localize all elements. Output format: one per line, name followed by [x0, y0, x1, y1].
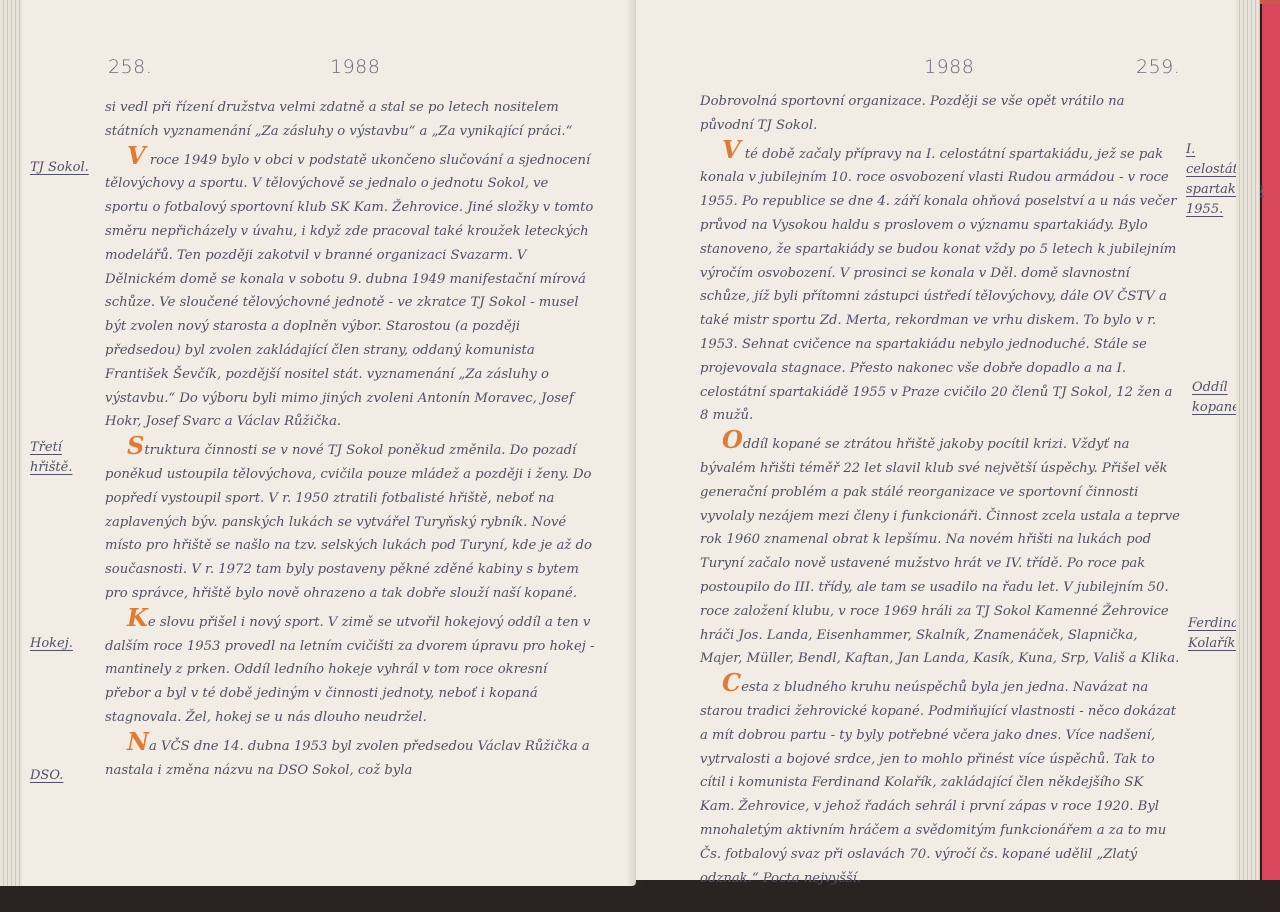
right-page-body: Dobrovolná sportovní organizace. Později…	[700, 90, 1180, 890]
margin-note-oddil-kopane: Oddíl kopané	[1192, 378, 1242, 418]
paragraph: Dobrovolná sportovní organizace. Později…	[700, 90, 1180, 138]
left-page-year: 1988	[330, 56, 380, 78]
paragraph: V roce 1949 bylo v obci v podstatě ukonč…	[105, 144, 595, 435]
right-page-year: 1988	[924, 56, 974, 78]
left-page: 258. 1988 TJ Sokol. Třetí hřiště. Hokej.…	[0, 0, 636, 886]
open-chronicle-book: 258. 1988 TJ Sokol. Třetí hřiště. Hokej.…	[0, 0, 1280, 912]
paragraph-text: roce 1949 bylo v obci v podstatě ukončen…	[105, 153, 593, 430]
paragraph-text: e slovu přišel i nový sport. V zimě se u…	[105, 615, 595, 725]
paragraph: V té době začaly přípravy na I. celostát…	[700, 138, 1180, 429]
paragraph-text: ddíl kopané se ztrátou hřiště jakoby poc…	[700, 437, 1180, 666]
margin-note-dso: DSO.	[30, 766, 63, 786]
margin-note-ferdinand-kolarik: Ferdinand Kolařík.	[1188, 614, 1256, 654]
drop-cap: O	[722, 425, 743, 454]
paragraph-text: té době začaly přípravy na I. celostátní…	[700, 147, 1177, 424]
drop-cap: N	[127, 727, 149, 756]
left-page-number: 258.	[108, 56, 152, 78]
paragraph: Cesta z bludného kruhu neúspěchů byla je…	[700, 671, 1180, 890]
drop-cap: S	[127, 431, 144, 460]
drop-cap: V	[722, 135, 741, 164]
drop-cap: C	[722, 668, 741, 697]
left-page-body: si vedl při řízení družstva velmi zdatně…	[105, 96, 595, 782]
paragraph: Na VČS dne 14. dubna 1953 byl zvolen pře…	[105, 730, 595, 783]
drop-cap: V	[127, 141, 146, 170]
right-page-number: 259.	[1136, 56, 1180, 78]
paragraph-text: a VČS dne 14. dubna 1953 byl zvolen před…	[105, 739, 590, 778]
paragraph: Oddíl kopané se ztrátou hřiště jakoby po…	[700, 428, 1180, 671]
margin-note-treti-hriste: Třetí hřiště.	[30, 438, 90, 478]
paragraph-text: esta z bludného kruhu neúspěchů byla jen…	[700, 680, 1176, 885]
paragraph: Ke slovu přišel i nový sport. V zimě se …	[105, 606, 595, 730]
margin-note-tj-sokol: TJ Sokol.	[30, 158, 89, 178]
paragraph-text: Dobrovolná sportovní organizace. Později…	[700, 94, 1125, 133]
drop-cap: K	[127, 603, 148, 632]
right-page: 1988 259. Dobrovolná sportovní organizac…	[636, 0, 1256, 880]
margin-note-spartakiada: I. celostátní spartakiáda 1955.	[1186, 140, 1252, 220]
book-cover-edge	[1262, 0, 1280, 880]
paragraph-text: truktura činnosti se v nové TJ Sokol pon…	[105, 443, 592, 601]
paragraph-text: si vedl při řízení družstva velmi zdatně…	[105, 100, 572, 139]
paragraph: si vedl při řízení družstva velmi zdatně…	[105, 96, 595, 144]
margin-note-hokej: Hokej.	[30, 634, 73, 654]
paragraph: Struktura činnosti se v nové TJ Sokol po…	[105, 434, 595, 606]
